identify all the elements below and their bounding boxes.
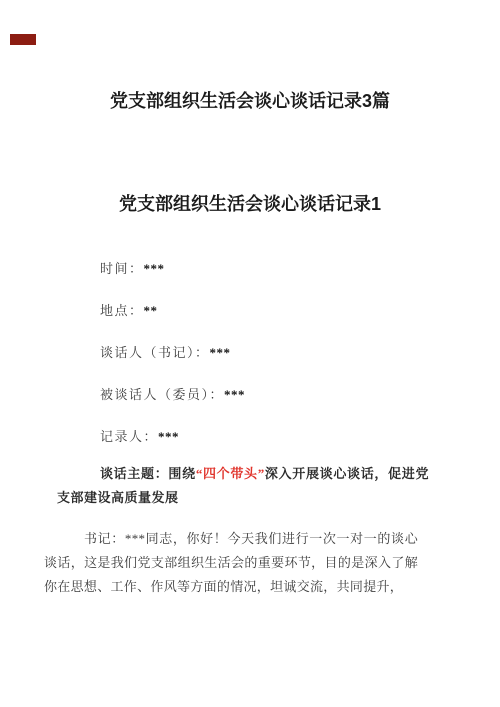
field-interviewer-value: *** <box>210 345 231 360</box>
field-recorder-label: 记录人： <box>100 429 158 444</box>
topic-paragraph: 谈话主题：围绕“四个带头”深入开展谈心谈话，促进党支部建设高质量发展 <box>57 462 429 510</box>
document-page: 党支部组织生活会谈心谈话记录3篇 党支部组织生活会谈心谈话记录1 时间：*** … <box>0 0 500 707</box>
meta-fields: 时间：*** 地点：** 谈话人（书记）：*** 被谈话人（委员）：*** 记录… <box>100 260 245 470</box>
field-place-label: 地点： <box>100 303 144 318</box>
dialogue-paragraph: 书记：***同志，你好！今天我们进行一次一对一的谈心谈话，这是我们党支部组织生活… <box>44 527 418 599</box>
field-recorder-value: *** <box>158 429 179 444</box>
section-title: 党支部组织生活会谈心谈话记录1 <box>0 191 500 217</box>
field-interviewee: 被谈话人（委员）：*** <box>100 386 245 428</box>
document-main-title: 党支部组织生活会谈心谈话记录3篇 <box>0 88 500 114</box>
field-interviewer: 谈话人（书记）：*** <box>100 344 245 386</box>
topic-highlight: “四个带头” <box>196 466 265 481</box>
corner-red-mark <box>10 34 36 45</box>
field-interviewee-value: *** <box>224 387 245 402</box>
field-time: 时间：*** <box>100 260 245 302</box>
field-place-value: ** <box>144 303 158 318</box>
field-time-label: 时间： <box>100 261 144 276</box>
field-time-value: *** <box>144 261 165 276</box>
field-place: 地点：** <box>100 302 245 344</box>
topic-prefix: 谈话主题：围绕 <box>100 466 196 481</box>
field-interviewer-label: 谈话人（书记）： <box>100 345 210 360</box>
field-interviewee-label: 被谈话人（委员）： <box>100 387 224 402</box>
